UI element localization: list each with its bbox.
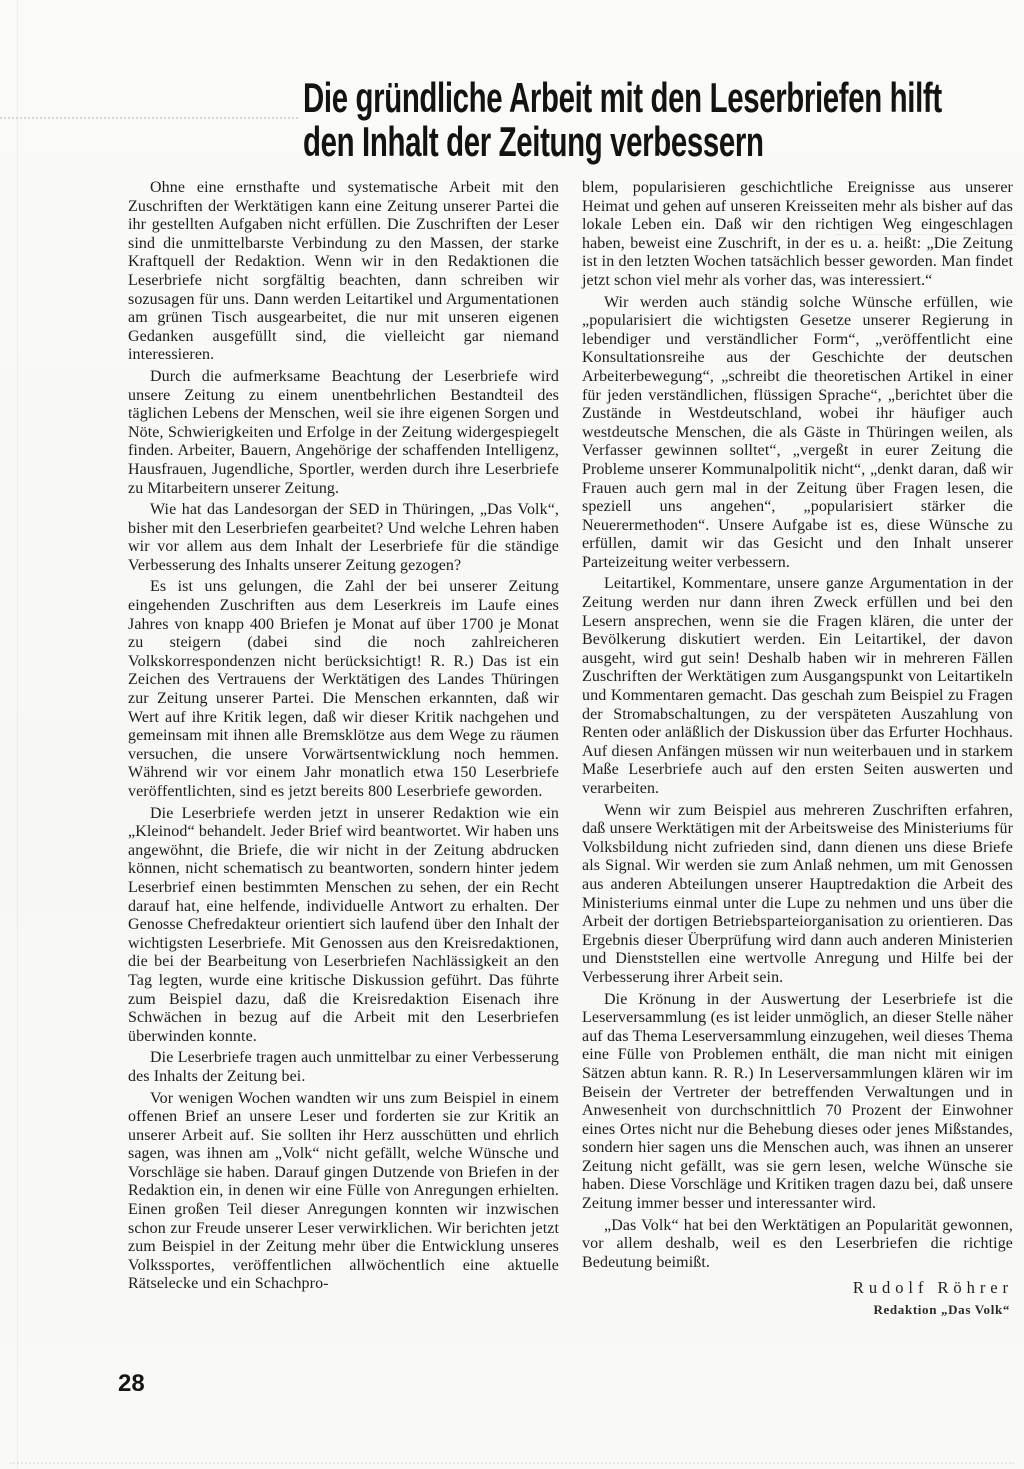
paragraph: Die Leserbriefe tragen auch unmittelbar … (128, 1049, 559, 1086)
article-title: Die gründliche Arbeit mit den Leserbrief… (303, 76, 1024, 164)
author-signature: Rudolf Röhrer Redaktion „Das Volk“ (582, 1279, 1013, 1319)
paragraph: Durch die aufmerksame Beachtung der Lese… (128, 368, 559, 498)
paragraph: Vor wenigen Wochen wandten wir uns zum B… (128, 1090, 559, 1295)
paragraph: Die Leserbriefe werden jetzt in unserer … (128, 805, 559, 1047)
scan-artifact-dashes (10, 1462, 1014, 1464)
scanned-magazine-page: Die gründliche Arbeit mit den Leserbrief… (0, 0, 1024, 1469)
paragraph: Wenn wir zum Beispiel aus mehreren Zusch… (582, 802, 1013, 988)
scan-artifact-dashes (0, 117, 298, 119)
paragraph: Es ist uns gelungen, die Zahl der bei un… (128, 578, 559, 801)
paragraph: Die Krönung in der Auswertung der Leserb… (582, 991, 1013, 1214)
paragraph-continuation: blem, popularisieren geschichtliche Erei… (582, 179, 1013, 291)
paragraph: Wir werden auch ständig solche Wünsche e… (582, 294, 1013, 573)
article-body: Ohne eine ernsthafte und systematische A… (128, 179, 1014, 1320)
scan-artifact-edge-line (17, 0, 18, 1469)
author-name: Rudolf Röhrer (582, 1279, 1013, 1298)
article-title-line2: den Inhalt der Zeitung verbessern (303, 118, 764, 165)
paragraph: „Das Volk“ hat bei den Werktätigen an Po… (582, 1217, 1013, 1273)
text-column-left: Ohne eine ernsthafte und systematische A… (128, 179, 559, 1320)
paragraph: Wie hat das Landesorgan der SED in Thüri… (128, 501, 559, 575)
author-affiliation: Redaktion „Das Volk“ (582, 1301, 1013, 1320)
paragraph: Ohne eine ernsthafte und systematische A… (128, 179, 559, 365)
article-title-line1: Die gründliche Arbeit mit den Leserbrief… (303, 74, 942, 121)
page-number: 28 (118, 1370, 145, 1398)
paragraph: Leitartikel, Kommentare, unsere ganze Ar… (582, 575, 1013, 798)
text-column-right: blem, popularisieren geschichtliche Erei… (582, 179, 1013, 1320)
